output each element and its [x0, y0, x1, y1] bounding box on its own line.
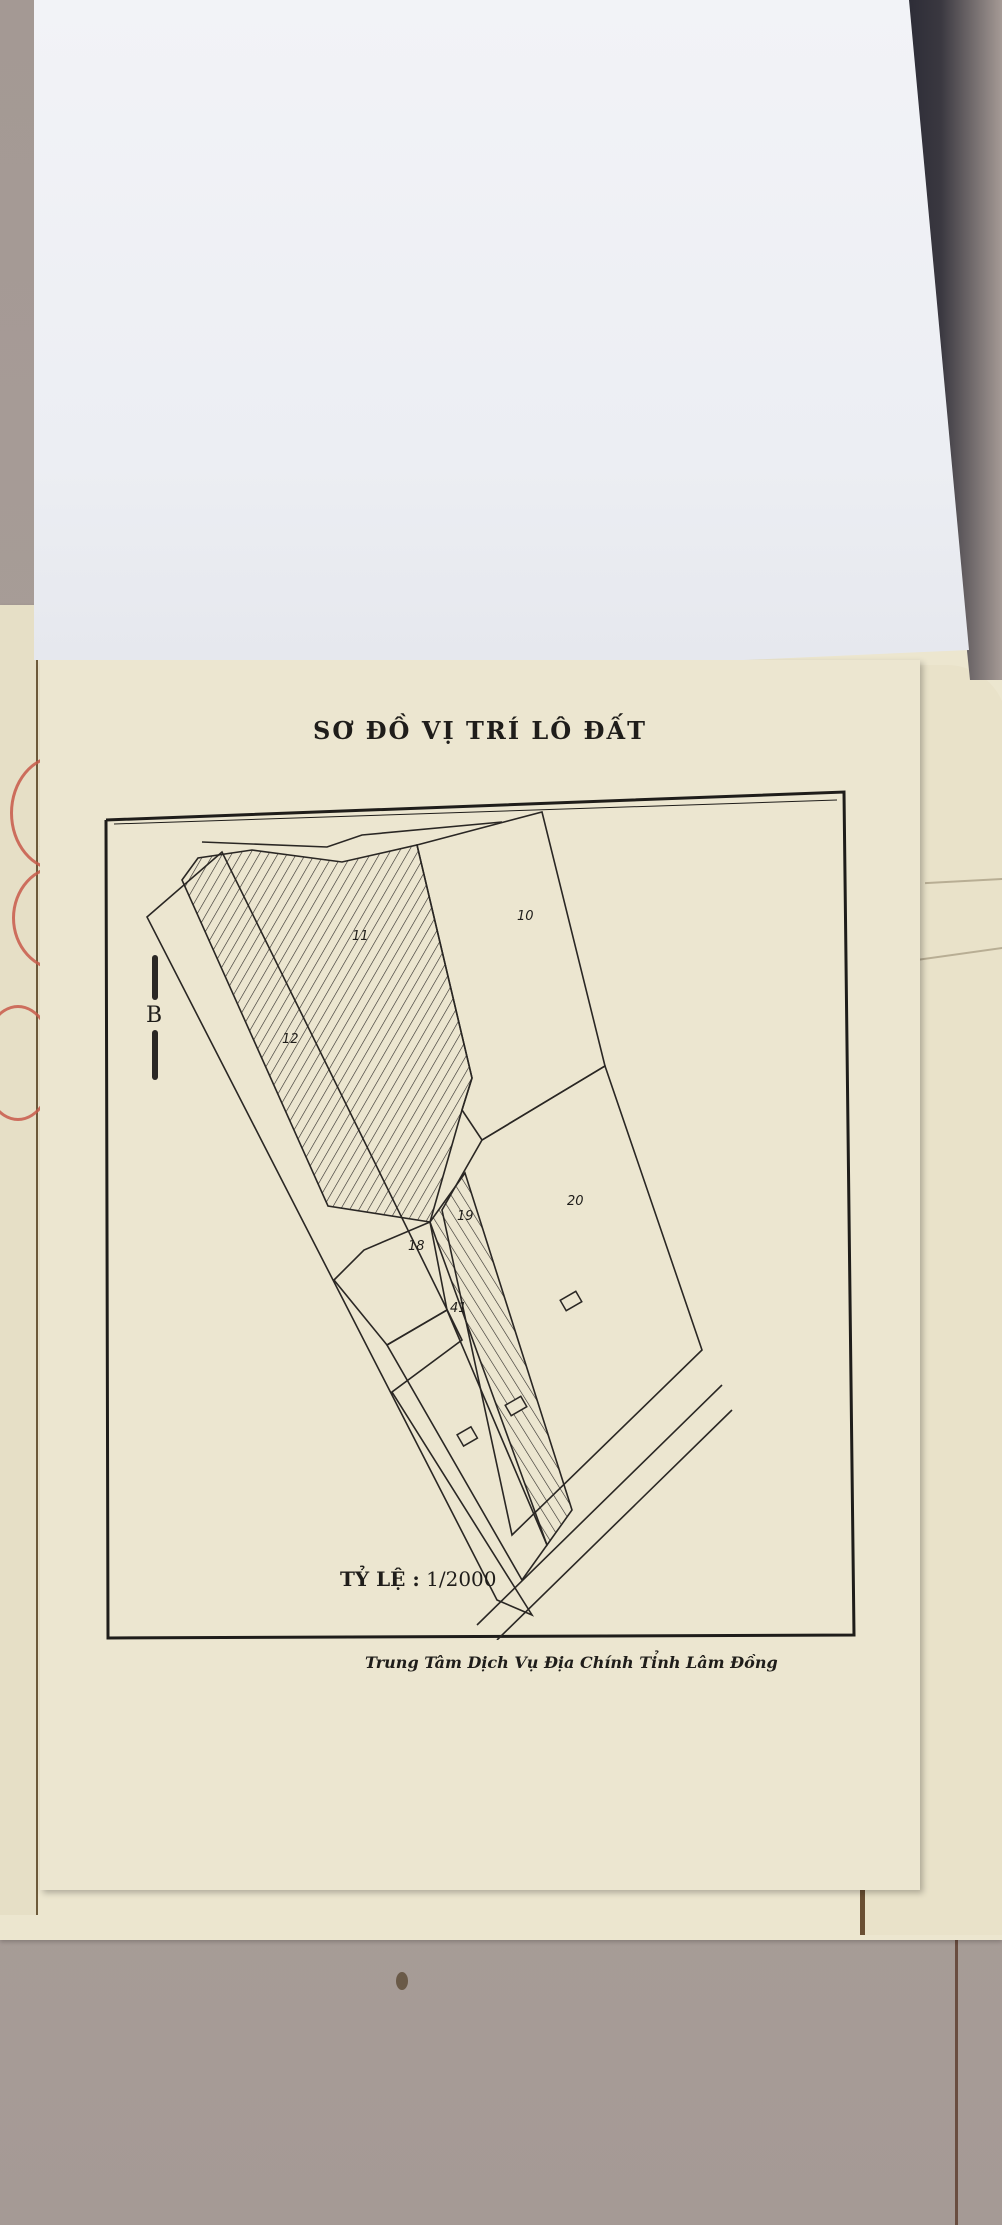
parcel-11	[182, 845, 472, 1222]
building-marker-icon	[560, 1291, 582, 1310]
blank-cover-sheet	[34, 0, 974, 660]
parcel-19	[430, 1173, 572, 1545]
table-speck	[396, 1972, 408, 1990]
scale-value: 1/2000	[426, 1567, 496, 1591]
parcel-label: 11	[352, 929, 369, 944]
parcel-label: 12	[282, 1032, 299, 1047]
map-scale: TỶ LỆ : 1/2000	[340, 1567, 497, 1591]
left-paper-strip: PHÒNG ĐĂNG KÝ	[0, 605, 38, 1915]
parcel-label: 10	[517, 909, 534, 924]
issuer-credit: Trung Tâm Dịch Vụ Địa Chính Tỉnh Lâm Đồn…	[365, 1653, 778, 1672]
building-marker-icon	[457, 1427, 477, 1446]
table-seam	[955, 1940, 958, 2225]
parcel-label: 20	[567, 1194, 584, 1209]
paper-crease	[925, 878, 1002, 884]
scale-label: TỶ LỆ :	[340, 1567, 420, 1591]
document-page: SƠ ĐỒ VỊ TRÍ LÔ ĐẤT B	[40, 660, 920, 1890]
parcel-18	[334, 1222, 447, 1345]
north-label: B	[146, 1003, 162, 1028]
parcel-label: 18	[408, 1239, 425, 1254]
parcel-map: B 10 11 12 18 19 20 41	[102, 790, 882, 1640]
document-title: SƠ ĐỒ VỊ TRÍ LÔ ĐẤT	[40, 716, 920, 745]
parcel-label: 19	[457, 1209, 474, 1224]
parcel-label: 41	[450, 1301, 467, 1316]
